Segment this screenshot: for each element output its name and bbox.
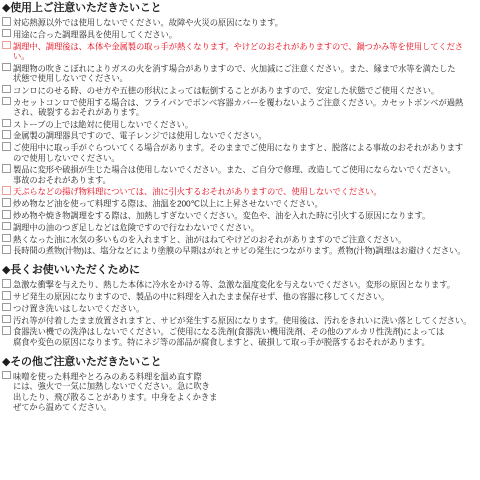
checkbox-icon [2, 41, 11, 50]
checkbox-icon [2, 198, 11, 207]
caution-text: 味噌を使った料理やとろみのある料理を温め直す際 には、強火で一気に加熱しないでく… [13, 371, 217, 412]
caution-text: サビ発生の原因になりますので、製品の中に料理を入れたまま保存せず、他の容器に移し… [13, 292, 389, 302]
caution-text: 金属製の調理器具ですので、電子レンジでは使用しないでください。 [13, 131, 267, 141]
checkbox-icon [2, 326, 11, 335]
caution-item: 用途に合った調理器具を使用してください。 [2, 29, 478, 40]
caution-text: 対応熱源以外では使用しないでください。故障や火災の原因になります。 [13, 18, 283, 28]
checkbox-icon [2, 234, 11, 243]
caution-item: 味噌を使った料理やとろみのある料理を温め直す際 には、強火で一気に加熱しないでく… [2, 371, 263, 413]
checkbox-icon [2, 63, 11, 72]
caution-item: ご使用中に取っ手がぐらついてくる場合があります。そのままでご使用になりますと、脱… [2, 142, 478, 163]
caution-section: ◆その他ご注意いただきたいこと味噌を使った料理やとろみのある料理を温め直す際 に… [2, 355, 478, 413]
caution-item: カセットコンロで使用する場合は、フライパンでボンベ容器カバーを覆わないようご注意… [2, 97, 478, 118]
caution-text: 炒め物や焼き物調理をする際は、加熱しすぎないでください。変色や、油を入れた時に引… [13, 211, 430, 221]
checkbox-icon [2, 119, 11, 128]
caution-item: 熱くなった油に水気の多いものを入れますと、油がはねてやけどのおそれがありますので… [2, 234, 478, 245]
checkbox-icon [2, 186, 11, 195]
caution-item: 炒め物など油を使って料理する際は、油温を200℃以上に上昇させないでください。 [2, 198, 478, 209]
section-title: ◆長くお使いいただくために [2, 263, 478, 277]
checkbox-icon [2, 142, 11, 151]
caution-item: 汚れ等が付着したまま放置されますと、サビが発生する原因になります。使用後は、汚れ… [2, 315, 478, 326]
caution-item: 対応熱源以外では使用しないでください。故障や火災の原因になります。 [2, 17, 478, 28]
caution-item: 製品に変形や破損が生じた場合は使用しないでください。また、ご自分で修理、改造して… [2, 164, 478, 185]
checkbox-icon [2, 85, 11, 94]
caution-text: 汚れ等が付着したまま放置されますと、サビが発生する原因になります。使用後は、汚れ… [13, 315, 471, 325]
caution-section: ◆長くお使いいただくために急激な衝撃を与えたり、熱した本体に冷水をかける等、急激… [2, 263, 478, 347]
checkbox-icon [2, 17, 11, 26]
caution-text: 調理中の油のつぎ足しなどは危険ですので行なわないでください。 [13, 222, 259, 232]
checkbox-icon [2, 245, 11, 254]
caution-item: 長時間の煮物(汁物)は、塩分などにより塗膜の早期はがれとサビの発生につながります… [2, 245, 478, 256]
checkbox-icon [2, 303, 11, 312]
caution-text: コンロにのせる時、のせ方や五徳の形状によっては転倒することがありますので、安定し… [13, 85, 439, 95]
checkbox-icon [2, 97, 11, 106]
caution-text: ご使用中に取っ手がぐらついてくる場合があります。そのままでご使用になりますと、脱… [13, 143, 463, 163]
sections: ◆使用上ご注意いただきたいこと対応熱源以外では使用しないでください。故障や火災の… [2, 1, 478, 412]
caution-item: 炒め物や焼き物調理をする際は、加熱しすぎないでください。変色や、油を入れた時に引… [2, 210, 478, 221]
caution-text: 天ぷらなどの揚げ物料理については、油に引火するおそれがありますので、使用しないで… [13, 187, 382, 197]
caution-item: サビ発生の原因になりますので、製品の中に料理を入れたまま保存せず、他の容器に移し… [2, 291, 478, 302]
caution-text: 熱くなった油に水気の多いものを入れますと、油がはねてやけどのおそれがありますので… [13, 234, 406, 244]
caution-item: 調理中、調理後は、本体や金属製の取っ手が熱くなります。やけどのおそれがありますの… [2, 41, 478, 62]
caution-item: つけ置き洗いはしないでください。 [2, 303, 478, 314]
caution-item: 金属製の調理器具ですので、電子レンジでは使用しないでください。 [2, 130, 478, 141]
caution-text: 急激な衝撃を与えたり、熱した本体に冷水をかける等、急激な温度変化を与えないでくだ… [13, 280, 455, 290]
checkbox-icon [2, 29, 11, 38]
caution-item: 調理物の吹きこぼれによりガスの火を消す場合がありますので、火加減にご注意ください… [2, 63, 478, 84]
caution-text: 長時間の煮物(汁物)は、塩分などにより塗膜の早期はがれとサビの発生につながります… [13, 246, 465, 256]
caution-text: 用途に合った調理器具を使用してください。 [13, 29, 177, 39]
caution-item: ストーブの上では絶対に使用しないでください。 [2, 119, 478, 130]
checkbox-icon [2, 279, 11, 288]
caution-text: 調理中、調理後は、本体や金属製の取っ手が熱くなります。やけどのおそれがありますの… [13, 41, 463, 61]
caution-text: つけ置き洗いはしないでください。 [13, 303, 144, 313]
caution-list: 味噌を使った料理やとろみのある料理を温め直す際 には、強火で一気に加熱しないでく… [2, 371, 478, 413]
checkbox-icon [2, 130, 11, 139]
checkbox-icon [2, 291, 11, 300]
caution-text: 製品に変形や破損が生じた場合は使用しないでください。また、ご自分で修理、改造して… [13, 165, 456, 185]
caution-section: ◆使用上ご注意いただきたいこと対応熱源以外では使用しないでください。故障や火災の… [2, 1, 478, 256]
instruction-document: ◆使用上ご注意いただきたいこと対応熱源以外では使用しないでください。故障や火災の… [0, 0, 480, 480]
caution-item: 食器洗い機での洗浄はしないでください。ご使用になる洗剤(食器洗い機用洗剤、その他… [2, 326, 478, 347]
caution-item: コンロにのせる時、のせ方や五徳の形状によっては転倒することがありますので、安定し… [2, 85, 478, 96]
caution-list: 対応熱源以外では使用しないでください。故障や火災の原因になります。用途に合った調… [2, 17, 478, 256]
checkbox-icon [2, 371, 11, 380]
section-title: ◆その他ご注意いただきたいこと [2, 355, 478, 369]
caution-text: ストーブの上では絶対に使用しないでください。 [13, 119, 193, 129]
caution-item: 急激な衝撃を与えたり、熱した本体に冷水をかける等、急激な温度変化を与えないでくだ… [2, 279, 478, 290]
checkbox-icon [2, 210, 11, 219]
checkbox-icon [2, 315, 11, 324]
checkbox-icon [2, 164, 11, 173]
checkbox-icon [2, 222, 11, 231]
caution-text: 炒め物など油を使って料理する際は、油温を200℃以上に上昇させないでください。 [13, 199, 323, 209]
caution-text: カセットコンロで使用する場合は、フライパンでボンベ容器カバーを覆わないようご注意… [13, 97, 463, 117]
caution-item: 調理中の油のつぎ足しなどは危険ですので行なわないでください。 [2, 222, 478, 233]
section-title: ◆使用上ご注意いただきたいこと [2, 1, 478, 15]
caution-list: 急激な衝撃を与えたり、熱した本体に冷水をかける等、急激な温度変化を与えないでくだ… [2, 279, 478, 347]
caution-text: 調理物の吹きこぼれによりガスの火を消す場合がありますので、火加減にご注意ください… [13, 63, 455, 83]
caution-item: 天ぷらなどの揚げ物料理については、油に引火するおそれがありますので、使用しないで… [2, 186, 478, 197]
caution-text: 食器洗い機での洗浄はしないでください。ご使用になる洗剤(食器洗い機用洗剤、その他… [13, 327, 444, 347]
